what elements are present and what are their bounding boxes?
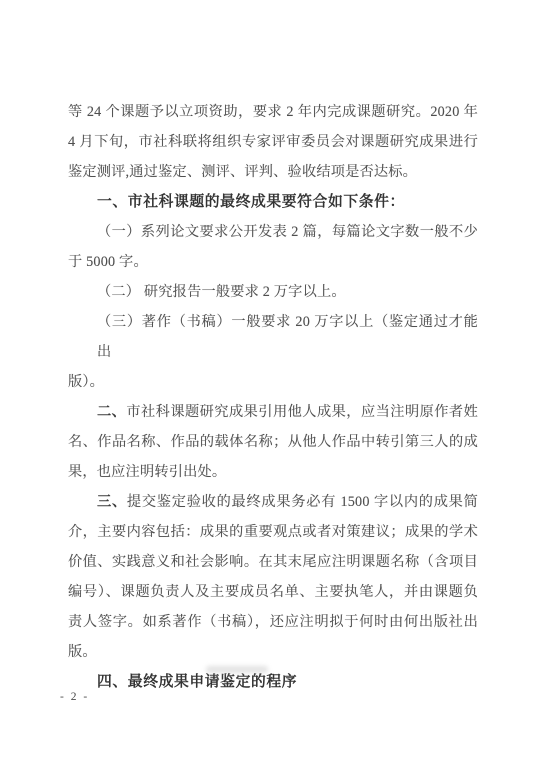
text-line: 4 月下旬，市社科联将组织专家评审委员会对课题研究成果进行 [68,127,478,157]
text-line: 责人签字。如系著作（书稿），还应注明拟于何时由何出版社出 [68,607,478,637]
text-line: （一）系列论文要求公开发表 2 篇，每篇论文字数一般不少 [68,217,478,247]
text-line: 果，也应注明转引出处。 [68,457,478,487]
heading-line: 四、最终成果申请鉴定的程序 [68,667,478,697]
text-line: 鉴定测评,通过鉴定、测评、评判、验收结项是否达标。 [68,157,478,187]
paragraph-number: 二、 [97,404,126,420]
text-line: 二、市社科课题研究成果引用他人成果，应当注明原作者姓 [68,397,478,427]
text-line: 名、作品名称、作品的载体名称；从他人作品中转引第三人的成 [68,427,478,457]
page-number: - 2 - [60,691,89,703]
paragraph-number: 三、 [97,494,127,510]
text-line: 等 24 个课题予以立项资助，要求 2 年内完成课题研究。2020 年 [68,97,478,127]
text-line: 于 5000 字。 [68,247,478,277]
scan-smudge-artifact [206,666,268,673]
text-line: 编号）、课题负责人及主要成员名单、主要执笔人，并由课题负 [68,577,478,607]
text-line: （三）著作（书稿）一般要求 20 万字以上（鉴定通过才能出 [68,307,478,367]
text-line: 版）。 [68,367,478,397]
document-page: 等 24 个课题予以立项资助，要求 2 年内完成课题研究。2020 年4 月下旬… [0,0,542,768]
text-line: 三、提交鉴定验收的最终成果务必有 1500 字以内的成果简 [68,487,478,517]
text-line: （二） 研究报告一般要求 2 万字以上。 [68,277,478,307]
text-line: 价值、实践意义和社会影响。在其末尾应注明课题名称（含项目 [68,547,478,577]
text-line: 版。 [68,637,478,667]
document-lines: 等 24 个课题予以立项资助，要求 2 年内完成课题研究。2020 年4 月下旬… [68,97,478,697]
heading-line: 一、市社科课题的最终成果要符合如下条件： [68,187,478,217]
text-line: 介，主要内容包括：成果的重要观点或者对策建议；成果的学术 [68,517,478,547]
